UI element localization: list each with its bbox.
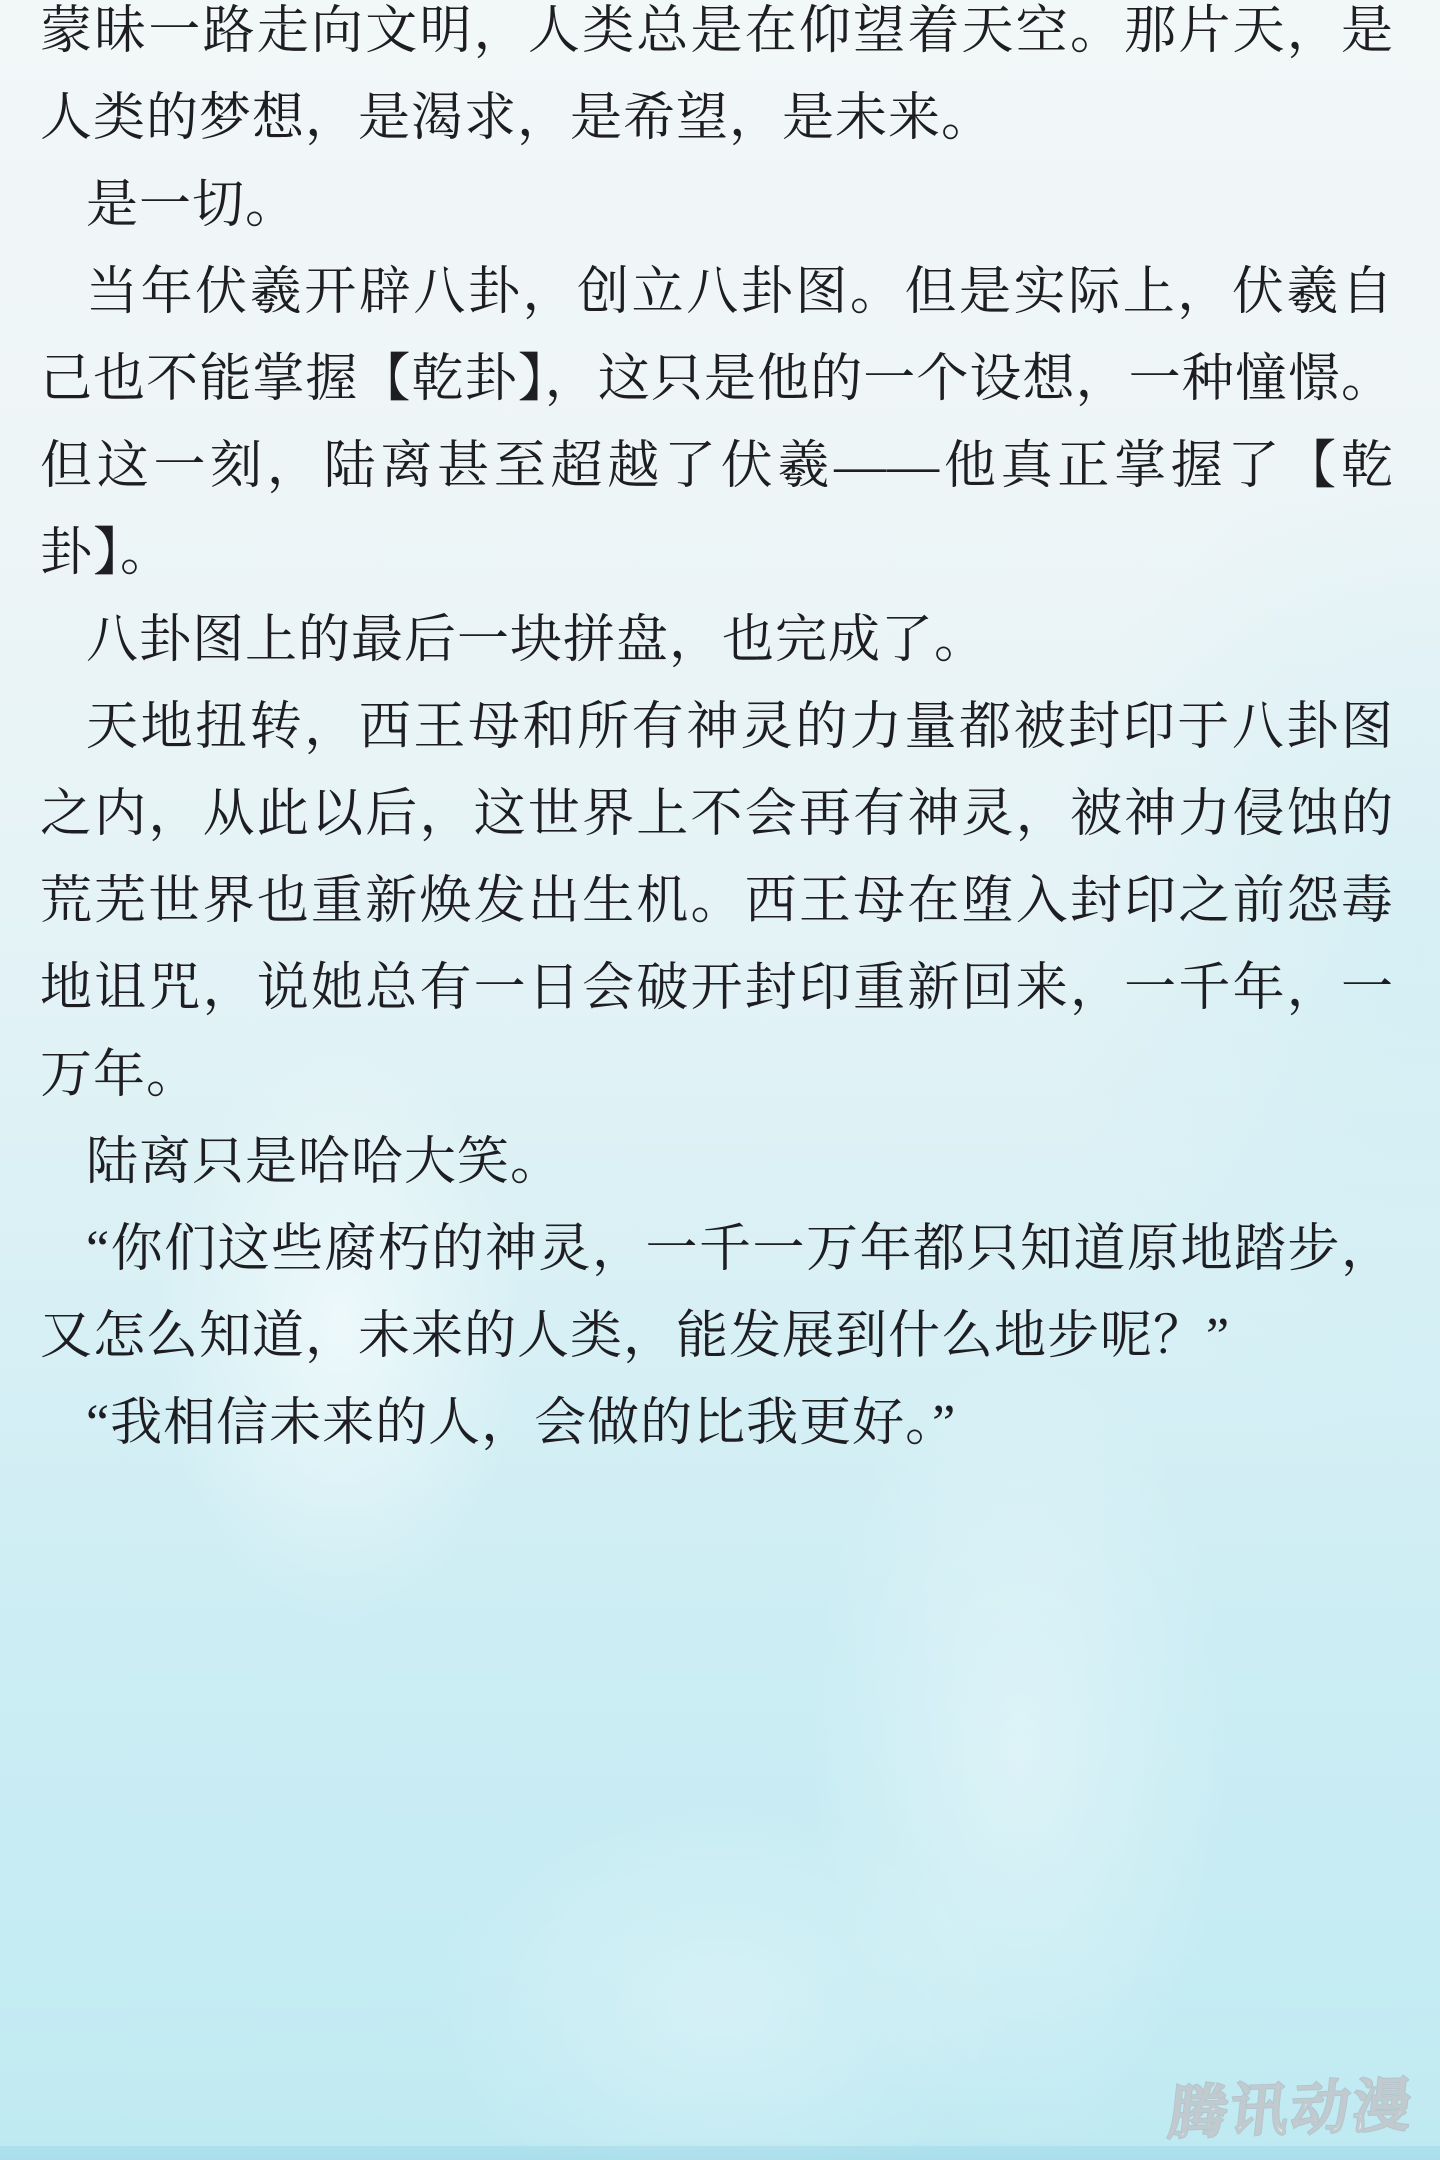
- paragraph: 天地扭转，西王母和所有神灵的力量都被封印于八卦图之内，从此以后，这世界上不会再有…: [40, 684, 1394, 1119]
- paragraph: “你们这些腐朽的神灵，一千一万年都只知道原地踏步，又怎么知道，未来的人类，能发展…: [40, 1206, 1394, 1380]
- story-text: 蒙昧一路走向文明，人类总是在仰望着天空。那片天，是人类的梦想，是渴求，是希望，是…: [0, 0, 1440, 1467]
- paragraph: 八卦图上的最后一块拼盘，也完成了。: [40, 597, 1394, 684]
- paragraph: 陆离只是哈哈大笑。: [40, 1119, 1394, 1206]
- tencent-comics-watermark: 腾讯动漫: [1165, 2058, 1419, 2150]
- paragraph: 当年伏羲开辟八卦，创立八卦图。但是实际上，伏羲自己也不能掌握【乾卦】，这只是他的…: [40, 249, 1394, 597]
- paragraph: 是一切。: [40, 162, 1394, 249]
- comic-text-page: 蒙昧一路走向文明，人类总是在仰望着天空。那片天，是人类的梦想，是渴求，是希望，是…: [0, 0, 1440, 2160]
- paragraph: 蒙昧一路走向文明，人类总是在仰望着天空。那片天，是人类的梦想，是渴求，是希望，是…: [40, 0, 1394, 162]
- paragraph: “我相信未来的人，会做的比我更好。”: [40, 1380, 1394, 1467]
